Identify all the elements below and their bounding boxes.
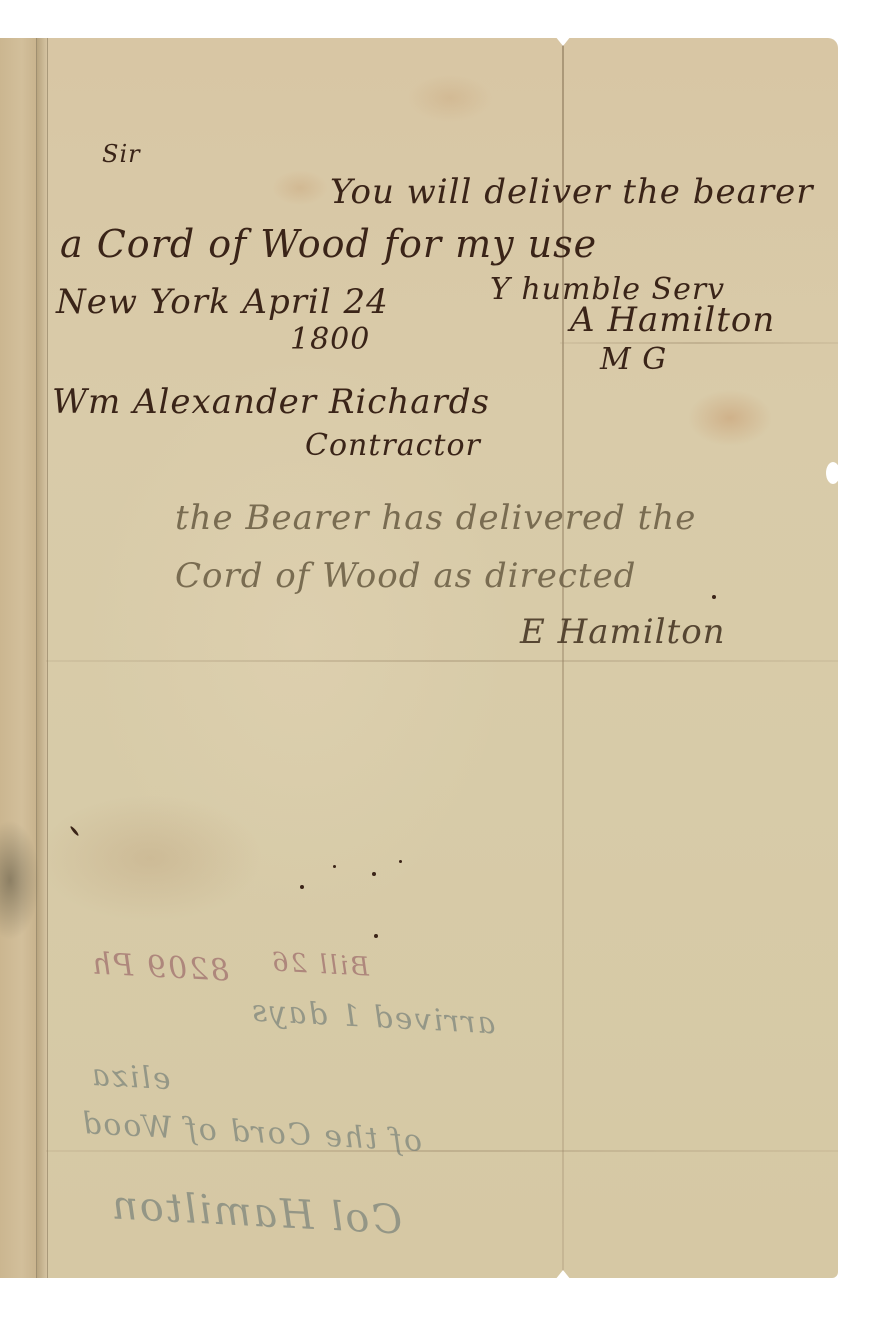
ink-speck [712,595,716,599]
ink-speck [372,872,376,876]
left-fold-crease [36,38,48,1278]
bleedthrough-line: 8209 Ph [89,946,230,988]
addressee-name: Wm Alexander Richards [52,382,490,422]
ink-speck [399,860,402,863]
bleedthrough-line: Bill 26 [269,947,370,982]
date-year: 1800 [290,322,370,357]
horizontal-fold-line [46,660,838,662]
ink-speck [333,865,336,868]
paper-edge-tear [826,462,840,484]
left-fold-strip [0,38,36,1278]
salutation: Sir [102,140,141,168]
body-line-1: You will deliver the bearer [330,172,814,212]
ink-speck [300,885,304,889]
endorsement-signature: E Hamilton [520,612,726,652]
bleedthrough-line: eliza [89,1058,171,1097]
signature-a-hamilton: A Hamilton [570,300,775,340]
place-date: New York April 24 [56,282,389,322]
endorsement-line-2: Cord of Wood as directed [175,556,636,596]
body-line-2: a Cord of Wood for my use [60,222,597,266]
ink-speck [374,934,378,938]
endorsement-line-1: the Bearer has delivered the [175,498,696,538]
ink-stain [0,820,40,940]
addressee-role: Contractor [305,428,481,463]
signature-title: M G [600,342,667,377]
horizontal-fold-line [46,1150,838,1152]
